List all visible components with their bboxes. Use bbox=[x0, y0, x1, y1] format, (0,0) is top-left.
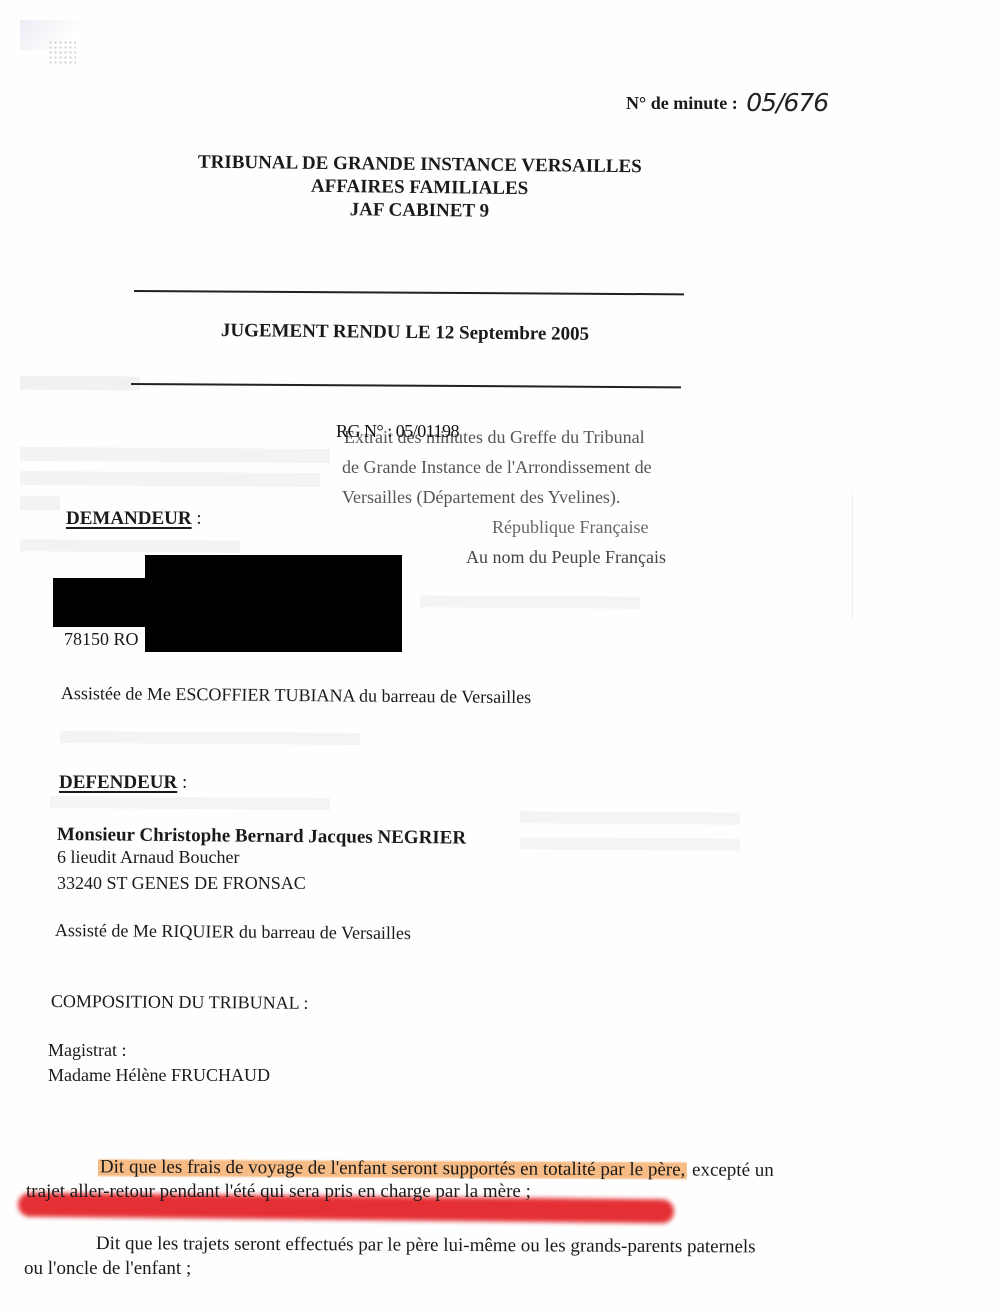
stamp-line-2: de Grande Instance de l'Arrondissement d… bbox=[342, 452, 652, 482]
header-rule-top bbox=[134, 290, 684, 295]
defendeur-heading: DEFENDEUR : bbox=[59, 772, 187, 794]
court-cabinet: JAF CABINET 9 bbox=[139, 196, 699, 225]
minute-label: N° de minute : bbox=[626, 93, 738, 113]
show-through bbox=[20, 376, 140, 391]
show-through bbox=[20, 471, 320, 487]
demandeur-heading: DEMANDEUR : bbox=[66, 508, 202, 530]
defendeur-name: Monsieur Christophe Bernard Jacques NEGR… bbox=[57, 824, 466, 850]
show-through bbox=[60, 731, 360, 745]
rg-number: RG N° : 05/01198 bbox=[336, 416, 459, 446]
ruling-paragraph-1-line-2: trajet aller-retour pendant l'été qui se… bbox=[26, 1180, 531, 1204]
scanned-page: N° de minute : 05/676 TRIBUNAL DE GRANDE… bbox=[0, 0, 1000, 1313]
demandeur-counsel: Assistée de Me ESCOFFIER TUBIANA du barr… bbox=[61, 683, 531, 708]
header-rule-bottom bbox=[131, 383, 681, 388]
ruling-paragraph-2: Dit que les trajets seront effectués par… bbox=[96, 1232, 756, 1259]
show-through bbox=[20, 447, 330, 463]
demandeur-postal: 78150 RO bbox=[64, 629, 139, 650]
ruling-paragraph-1: Dit que les frais de voyage de l'enfant … bbox=[26, 1155, 774, 1183]
show-through bbox=[20, 496, 60, 510]
ruling-paragraph-2-line-2: ou l'oncle de l'enfant ; bbox=[24, 1257, 191, 1281]
show-through bbox=[520, 837, 740, 851]
minute-number: N° de minute : 05/676 bbox=[626, 86, 828, 115]
demandeur-label: DEMANDEUR bbox=[66, 508, 192, 529]
ruling-text: excepté un bbox=[687, 1159, 774, 1180]
magistrat-name: Madame Hélène FRUCHAUD bbox=[48, 1065, 270, 1086]
stamp-line-5: Au nom du Peuple Français bbox=[466, 542, 666, 572]
defendeur-address-line-2: 33240 ST GENES DE FRONSAC bbox=[57, 873, 306, 894]
show-through bbox=[50, 796, 330, 810]
minute-handwritten-value: 05/676 bbox=[746, 88, 828, 117]
redaction-gap bbox=[53, 555, 145, 578]
defendeur-label: DEFENDEUR bbox=[59, 772, 177, 793]
stamp-line-4: République Française bbox=[492, 512, 648, 542]
defendeur-counsel: Assisté de Me RIQUIER du barreau de Vers… bbox=[55, 920, 411, 944]
defendeur-address-line-1: 6 lieudit Arnaud Boucher bbox=[57, 847, 239, 868]
stamp-line-3: Versailles (Département des Yvelines). bbox=[342, 482, 620, 512]
show-through bbox=[20, 539, 240, 553]
composition-heading: COMPOSITION DU TRIBUNAL : bbox=[51, 991, 309, 1014]
show-through bbox=[420, 595, 640, 609]
show-through bbox=[520, 811, 740, 825]
magistrat-label: Magistrat : bbox=[48, 1040, 127, 1061]
redaction-block bbox=[145, 555, 402, 652]
judgment-title: JUGEMENT RENDU LE 12 Septembre 2005 bbox=[221, 320, 589, 346]
highlighted-text: Dit que les frais de voyage de l'enfant … bbox=[98, 1156, 687, 1180]
scan-speckle bbox=[48, 40, 76, 64]
scan-edge bbox=[852, 490, 853, 620]
court-header: TRIBUNAL DE GRANDE INSTANCE VERSAILLES A… bbox=[139, 150, 700, 225]
